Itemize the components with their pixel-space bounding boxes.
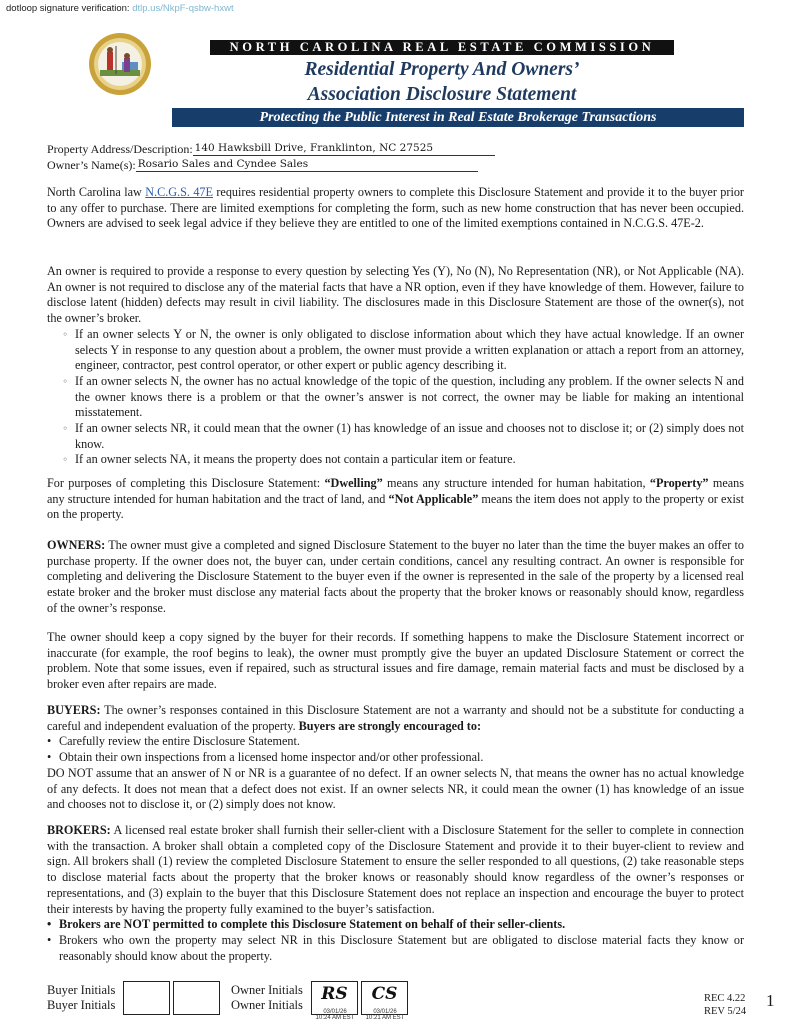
owners-name-field[interactable]: Rosario Sales and Cyndee Sales [136,157,478,172]
buyers-paragraph: BUYERS: The owner’s responses contained … [47,703,744,734]
brokers-bullet: Brokers are NOT permitted to complete th… [47,917,744,933]
commission-banner: NORTH CAROLINA REAL ESTATE COMMISSION [210,40,674,55]
owners-heading: OWNERS: [47,538,105,552]
owners-paragraph: OWNERS: The owner must give a completed … [47,538,744,617]
buyers-warning: DO NOT assume that an answer of N or NR … [47,766,744,813]
property-address-row: Property Address/Description: 140 Hawksb… [47,141,495,156]
intro-paragraph: North Carolina law N.C.G.S. 47E requires… [47,185,744,232]
signature-verification: dotloop signature verification: dtlp.us/… [6,3,234,14]
page-number: 1 [766,991,775,1011]
buyers-heading: BUYERS: [47,703,101,717]
revision-date: REV 5/24 [704,1005,746,1018]
response-paragraph: An owner is required to provide a respon… [47,264,744,327]
form-title-line2: Association Disclosure Statement [210,83,674,107]
form-title-line1: Residential Property And Owners’ [210,58,674,82]
buyers-bullet: Obtain their own inspections from a lice… [47,750,744,766]
brokers-section: BROKERS: A licensed real estate broker s… [47,823,744,964]
owners-section: OWNERS: The owner must give a completed … [47,538,744,617]
buyer-initials-box-1[interactable] [123,981,170,1015]
intro-section: North Carolina law N.C.G.S. 47E requires… [47,185,744,232]
response-bullet: If an owner selects N, the owner has no … [47,374,744,421]
buyers-section: BUYERS: The owner’s responses contained … [47,703,744,813]
owner-initials-label: Owner Initials [231,983,303,998]
verification-label: dotloop signature verification: [6,3,130,14]
tagline-banner: Protecting the Public Interest in Real E… [172,108,744,127]
definitions-paragraph: For purposes of completing this Disclosu… [47,476,744,523]
owners-name-row: Owner’s Name(s): Rosario Sales and Cynde… [47,157,478,172]
property-address-field[interactable]: 140 Hawksbill Drive, Franklinton, NC 275… [193,141,495,156]
statute-link[interactable]: N.C.G.S. 47E [145,185,213,199]
definitions-section: For purposes of completing this Disclosu… [47,476,744,523]
verification-link[interactable]: dtlp.us/NkpF-qsbw-hxwt [132,3,233,14]
form-revision: REC 4.22 REV 5/24 [704,992,746,1018]
response-bullet: If an owner selects NR, it could mean th… [47,421,744,452]
owner-initials-label: Owner Initials [231,998,303,1013]
buyer-initials-label: Buyer Initials [47,998,115,1013]
nc-state-seal-icon [88,32,152,96]
owner-initials-stamp-1: 03/01/2610:24 AM EST [310,1009,360,1021]
brokers-paragraph: BROKERS: A licensed real estate broker s… [47,823,744,917]
response-bullet: If an owner selects NA, it means the pro… [47,452,744,468]
buyer-initials-box-2[interactable] [173,981,220,1015]
property-address-label: Property Address/Description: [47,142,193,156]
owner-initials-stamp-2: 03/01/2610:21 AM EST [360,1009,410,1021]
brokers-heading: BROKERS: [47,823,111,837]
form-code: REC 4.22 [704,992,746,1005]
owners-name-label: Owner’s Name(s): [47,158,136,172]
buyers-bullet: Carefully review the entire Disclosure S… [47,734,744,750]
response-bullet: If an owner selects Y or N, the owner is… [47,327,744,374]
brokers-bullet: Brokers who own the property may select … [47,933,744,964]
owners-copy-section: The owner should keep a copy signed by t… [47,630,744,693]
buyer-initials-label: Buyer Initials [47,983,115,998]
response-section: An owner is required to provide a respon… [47,264,744,468]
owners-copy-paragraph: The owner should keep a copy signed by t… [47,630,744,693]
